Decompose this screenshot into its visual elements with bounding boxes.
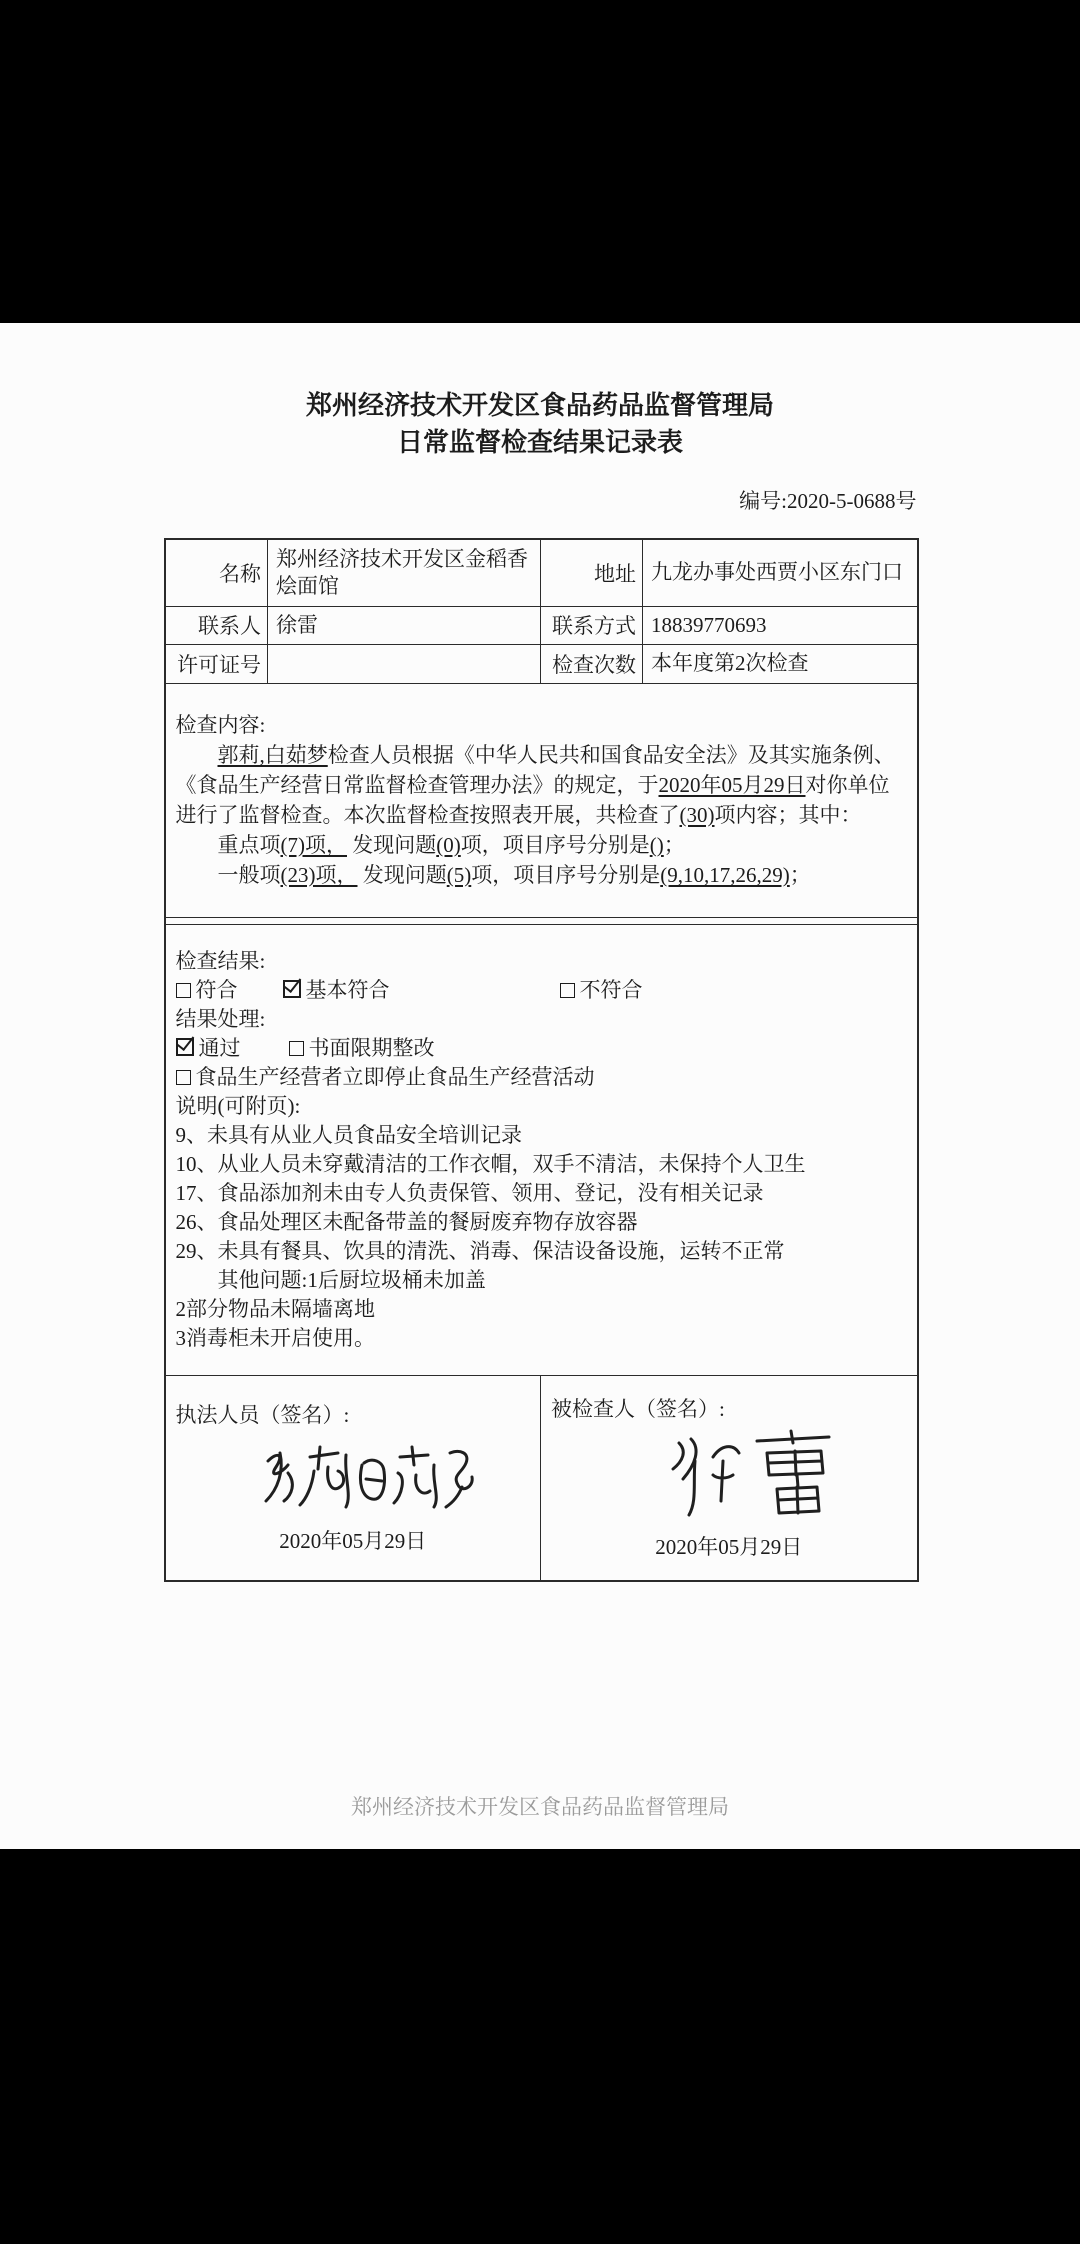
inspection-result-cell: 检查结果: 符合基本符合不符合 结果处理: 通过书面限期整改食品生产经营者立即停… xyxy=(165,924,918,1375)
name-label: 名称 xyxy=(165,539,268,606)
row-inspection-content: 检查内容: 郭莉,白茹梦检查人员根据《中华人民共和国食品安全法》及其实施条例、《… xyxy=(165,683,918,917)
text-segment: () xyxy=(650,833,664,857)
inspected-signature-cell: 被检查人（签名）: 2020年05月29日 xyxy=(541,1375,918,1581)
text-segment: ； xyxy=(790,863,811,887)
empty-checkbox-icon xyxy=(289,1041,304,1056)
text-segment: ； xyxy=(664,833,685,857)
text-segment: (9,10,17,26,29) xyxy=(660,863,790,887)
row-signatures: 执法人员（签名）: 2020年05月29日 被检查人（签名）: xyxy=(165,1375,918,1581)
license-value xyxy=(268,644,541,683)
doc-number: 编号:2020-5-0688号 xyxy=(164,485,917,512)
row-contact-phone: 联系人 徐雷 联系方式 18839770693 xyxy=(165,606,918,644)
inspected-signature-label: 被检查人（签名）: xyxy=(551,1395,907,1423)
text-segment: (7)项， xyxy=(281,833,348,857)
text-segment: (30) xyxy=(680,803,715,827)
text-segment: 发现问题 xyxy=(347,833,436,857)
issue-line: 26、食品处理区未配备带盖的餐厨废弃物存放容器 xyxy=(176,1208,907,1237)
phone-value: 18839770693 xyxy=(643,606,918,644)
text-segment: 2020年05月29日 xyxy=(659,773,806,797)
inspection-content-cell: 检查内容: 郭莉,白茹梦检查人员根据《中华人民共和国食品安全法》及其实施条例、《… xyxy=(165,683,918,917)
document-header: 郑州经济技术开发区食品药品监督管理局 日常监督检查结果记录表 xyxy=(164,323,917,461)
row-name-address: 名称 郑州经济技术开发区金稻香烩面馆 地址 九龙办事处西贾小区东门口 xyxy=(165,539,918,606)
issue-line: 17、食品添加剂未由专人负责保管、领用、登记，没有相关记录 xyxy=(176,1179,907,1208)
issue-line: 29、未具有餐具、饮具的清洗、消毒、保洁设备设施，运转不正常 xyxy=(176,1237,907,1266)
address-label: 地址 xyxy=(541,539,643,606)
checkbox-option: 书面限期整改 xyxy=(289,1034,435,1063)
note-heading: 说明(可附页): xyxy=(176,1092,907,1121)
checkbox-label: 食品生产经营者立即停止食品生产经营活动 xyxy=(196,1065,595,1089)
issue-line: 9、未具有从业人员食品安全培训记录 xyxy=(176,1121,907,1150)
checkbox-option: 不符合 xyxy=(560,976,643,1005)
row-inspection-result: 检查结果: 符合基本符合不符合 结果处理: 通过书面限期整改食品生产经营者立即停… xyxy=(165,924,918,1375)
text-segment: 项内容；其中： xyxy=(715,803,862,827)
name-value: 郑州经济技术开发区金稻香烩面馆 xyxy=(268,539,541,606)
checkbox-option: 通过 xyxy=(176,1034,241,1063)
text-segment: 项，项目序号分别是 xyxy=(471,863,660,887)
text-segment: (5) xyxy=(447,863,472,887)
row-license-times: 许可证号 检查次数 本年度第2次检查 xyxy=(165,644,918,683)
address-value: 九龙办事处西贾小区东门口 xyxy=(643,539,918,606)
result-heading: 检查结果: xyxy=(176,947,907,976)
phone-label: 联系方式 xyxy=(541,606,643,644)
enforcer-signature-cell: 执法人员（签名）: 2020年05月29日 xyxy=(165,1375,541,1581)
text-segment: (0) xyxy=(436,833,461,857)
content-key-items-line: 重点项(7)项， 发现问题(0)项，项目序号分别是()； xyxy=(176,830,907,860)
inspected-signature-date: 2020年05月29日 xyxy=(551,1531,907,1561)
content-heading: 检查内容: xyxy=(176,710,907,740)
document-page: 郑州经济技术开发区食品药品监督管理局 日常监督检查结果记录表 编号:2020-5… xyxy=(0,323,1080,1849)
license-label: 许可证号 xyxy=(165,644,268,683)
checkbox-label: 不符合 xyxy=(580,978,643,1002)
text-segment: 郭莉,白茹梦 xyxy=(218,743,328,767)
content-general-items-line: 一般项(23)项， 发现问题(5)项，项目序号分别是(9,10,17,26,29… xyxy=(176,860,907,890)
issue-line: 2部分物品未隔墙离地 xyxy=(176,1295,907,1324)
text-segment: (23)项， xyxy=(281,863,358,887)
contact-value: 徐雷 xyxy=(268,606,541,644)
checkbox-label: 通过 xyxy=(199,1036,241,1060)
checkbox-option: 符合 xyxy=(176,976,238,1005)
issues-list: 9、未具有从业人员食品安全培训记录10、从业人员未穿戴清洁的工作衣帽，双手不清洁… xyxy=(176,1121,907,1353)
content-paragraph: 郭莉,白茹梦检查人员根据《中华人民共和国食品安全法》及其实施条例、《食品生产经营… xyxy=(176,740,907,830)
checkbox-option: 基本符合 xyxy=(283,976,390,1005)
text-segment: 重点项 xyxy=(218,833,281,857)
inspection-form-table: 名称 郑州经济技术开发区金稻香烩面馆 地址 九龙办事处西贾小区东门口 联系人 徐… xyxy=(164,538,919,1582)
checked-checkbox-icon xyxy=(176,1038,194,1056)
empty-checkbox-icon xyxy=(560,983,575,998)
issue-line: 其他问题:1后厨垃圾桶未加盖 xyxy=(176,1266,907,1295)
issue-line: 10、从业人员未穿戴清洁的工作衣帽，双手不清洁，未保持个人卫生 xyxy=(176,1150,907,1179)
handling-heading: 结果处理: xyxy=(176,1005,907,1034)
doc-title-line2: 日常监督检查结果记录表 xyxy=(164,424,917,461)
result-options-row: 符合基本符合不符合 xyxy=(176,976,907,1005)
text-segment: 发现问题 xyxy=(358,863,447,887)
times-label: 检查次数 xyxy=(541,644,643,683)
issue-line: 3消毒柜未开启使用。 xyxy=(176,1324,907,1353)
empty-checkbox-icon xyxy=(176,1070,191,1085)
enforcer-signature-label: 执法人员（签名）: xyxy=(176,1401,531,1429)
text-segment: 项，项目序号分别是 xyxy=(461,833,650,857)
handling-options-row: 通过书面限期整改食品生产经营者立即停止食品生产经营活动 xyxy=(176,1034,907,1092)
checkbox-label: 符合 xyxy=(196,978,238,1002)
document-body: 郑州经济技术开发区食品药品监督管理局 日常监督检查结果记录表 编号:2020-5… xyxy=(164,323,917,1821)
doc-title-line1: 郑州经济技术开发区食品药品监督管理局 xyxy=(164,387,917,424)
checkbox-label: 基本符合 xyxy=(306,978,390,1002)
enforcer-handwritten-signature xyxy=(254,1443,486,1517)
contact-label: 联系人 xyxy=(165,606,268,644)
spacer-row xyxy=(165,917,918,924)
empty-checkbox-icon xyxy=(176,983,191,998)
footer-agency-name: 郑州经济技术开发区食品药品监督管理局 xyxy=(164,1791,917,1821)
spacer-cell xyxy=(165,917,918,924)
checked-checkbox-icon xyxy=(283,980,301,998)
inspected-handwritten-signature xyxy=(651,1427,841,1523)
text-segment: 一般项 xyxy=(218,863,281,887)
checkbox-option: 食品生产经营者立即停止食品生产经营活动 xyxy=(176,1063,595,1092)
times-value: 本年度第2次检查 xyxy=(643,644,918,683)
checkbox-label: 书面限期整改 xyxy=(309,1036,435,1060)
enforcer-signature-date: 2020年05月29日 xyxy=(176,1525,531,1555)
